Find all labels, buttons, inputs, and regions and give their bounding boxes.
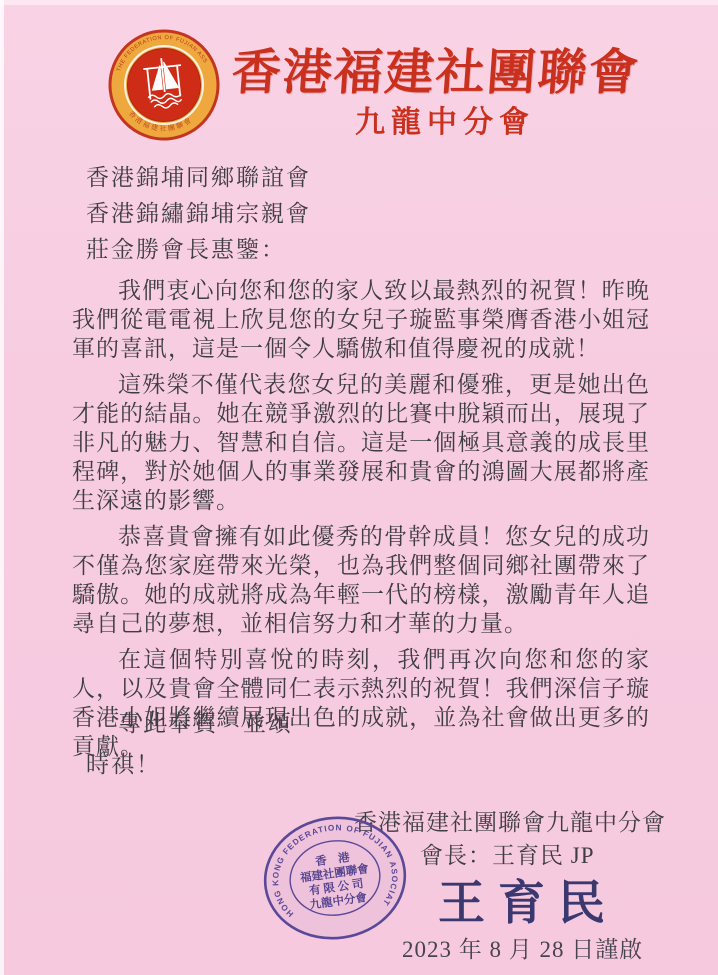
scan-edge-left: [0, 0, 4, 975]
company-stamp: HONG KONG FEDERATION OF FUJIAN ASOCIATIO…: [259, 813, 411, 943]
recipient-line: 香港錦繡錦埔宗親會: [86, 196, 311, 232]
salute-line: 時祺！: [86, 746, 161, 779]
federation-logo: THE FEDERATION OF FUJIAN ASSOCIATIONS 香港…: [98, 22, 229, 148]
paragraph: 我們衷心向您和您的家人致以最熱烈的祝賀！昨晚我們從電電視上欣見您的女兒子璇監事榮…: [72, 276, 650, 363]
paragraph: 這殊榮不僅代表您女兒的美麗和優雅，更是她出色才能的結晶。她在競爭激烈的比賽中脫穎…: [72, 370, 650, 515]
recipient-block: 香港錦埔同鄉聯誼會 香港錦繡錦埔宗親會 莊金勝會長惠鑒：: [86, 160, 311, 268]
recipient-line: 香港錦埔同鄉聯誼會: [86, 160, 311, 196]
date-line: 2023 年 8 月 28 日謹啟: [402, 931, 643, 964]
letterhead-subtitle: 九龍中分會: [300, 97, 590, 141]
handwritten-signature: 王育民: [438, 866, 618, 933]
letterhead-title: 香港福建社團聯會: [224, 34, 649, 104]
recipient-salutation: 莊金勝會長惠鑒：: [86, 232, 311, 268]
closing-line: 專此奉賀 並頌: [72, 705, 293, 738]
paragraph: 恭喜貴會擁有如此優秀的骨幹成員！您女兒的成功不僅為您家庭帶來光榮，也為我們整個同…: [72, 522, 650, 638]
letter-page: THE FEDERATION OF FUJIAN ASSOCIATIONS 香港…: [0, 0, 718, 975]
scan-edge-top: [0, 0, 718, 5]
paragraph: 在這個特別喜悅的時刻，我們再次向您和您的家人，以及貴會全體同仁表示熱烈的祝賀！我…: [72, 645, 650, 761]
letter-body: 我們衷心向您和您的家人致以最熱烈的祝賀！昨晚我們從電電視上欣見您的女兒子璇監事榮…: [72, 276, 650, 768]
